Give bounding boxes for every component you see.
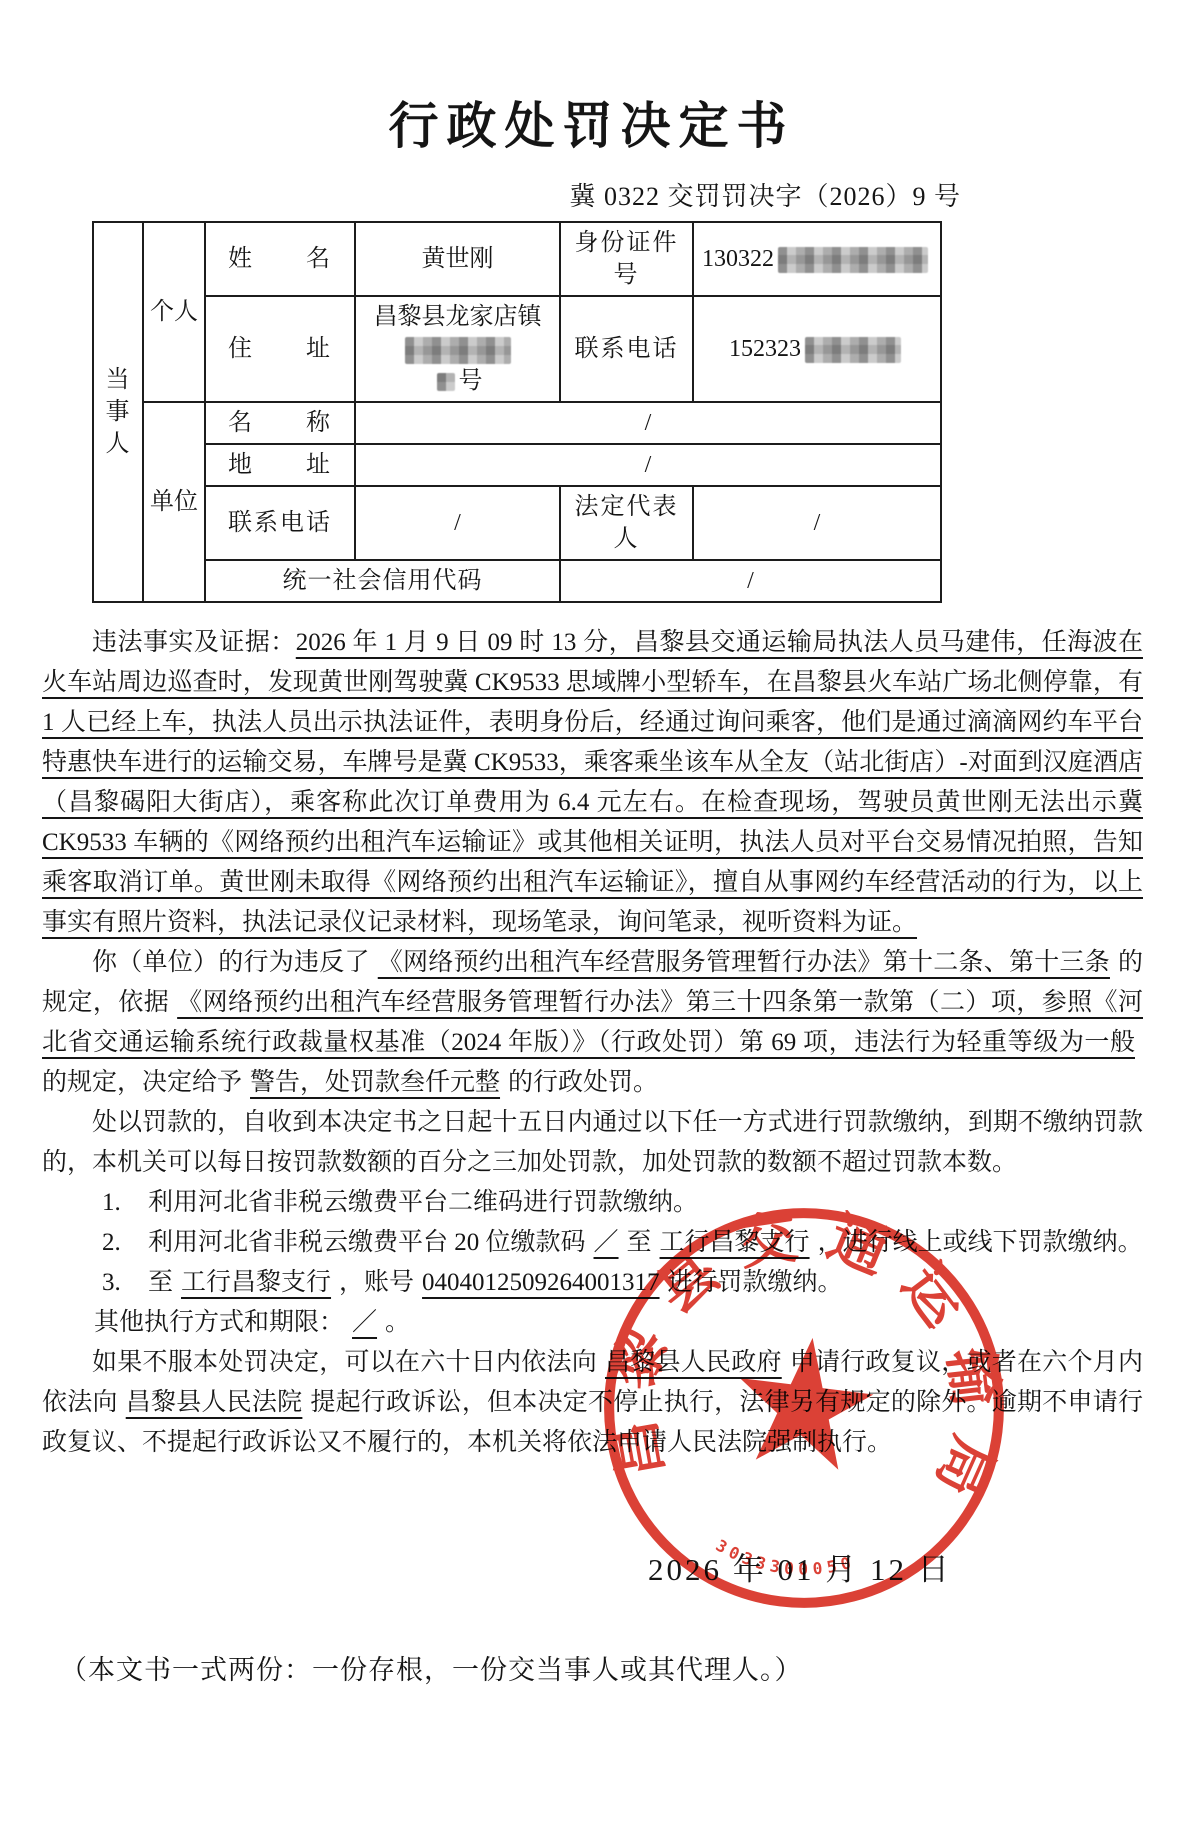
payment-option-2-end: ，进行线上或线下罚款缴纳。: [818, 1229, 1143, 1256]
payment-option-2: 2.利用河北省非税云缴费平台 20 位缴款码／至工行昌黎支行，进行线上或线下罚款…: [42, 1223, 1143, 1263]
decision-date: 2026 年 01 月 12 日: [648, 1544, 952, 1589]
name-label-cell: 姓 名: [205, 222, 355, 296]
law-end: 的行政处罚。: [508, 1069, 658, 1096]
court-name: 昌黎县人民法院: [126, 1389, 303, 1416]
document-body: 违法事实及证据：2026 年 1 月 9 日 09 时 13 分，昌黎县交通运输…: [42, 623, 1143, 1463]
payment-option-2-pre: 利用河北省非税云缴费平台 20 位缴款码: [148, 1229, 586, 1256]
unit-address-value-cell: /: [355, 444, 941, 486]
law-pre: 你（单位）的行为违反了: [92, 949, 370, 976]
legal-rep-label-cell: 法定代表人: [560, 486, 693, 560]
payment-option-1: 1.利用河北省非税云缴费平台二维码进行罚款缴纳。: [42, 1183, 1143, 1223]
bank-name: 工行昌黎支行: [660, 1229, 810, 1256]
bank-account-number: 0404012509264001317: [422, 1269, 660, 1296]
redaction-mosaic: [805, 337, 901, 363]
payment-option-3-pre: 至: [148, 1269, 173, 1296]
person-group-cell: 个人: [143, 222, 205, 402]
table-row: 住 址 昌黎县龙家店镇 号 联系电话 152323: [93, 296, 941, 402]
unit-name-label-cell: 名 称: [205, 402, 355, 444]
copies-note: （本文书一式两份：一份存根，一份交当事人或其代理人。）: [60, 1648, 803, 1687]
table-row: 地 址 /: [93, 444, 941, 486]
other-method-blank: ／: [352, 1309, 377, 1336]
other-method-end: 。: [385, 1309, 410, 1336]
phone-value-visible: 152323: [729, 336, 801, 362]
credit-code-label-cell: 统一社会信用代码: [205, 560, 560, 602]
document-title: 行政处罚决定书: [0, 0, 1183, 158]
law-cited-rule-2: 《网络预约出租汽车经营服务管理暂行办法》第三十四条第一款第（二）项，参照《河北省…: [42, 989, 1143, 1056]
redaction-mosaic: [437, 373, 455, 391]
payment-option-3-end: 进行罚款缴纳。: [668, 1269, 843, 1296]
id-value-visible: 130322: [702, 246, 774, 272]
credit-code-value-cell: /: [560, 560, 941, 602]
law-mid-2: 的规定，决定给予: [42, 1069, 242, 1096]
address-value-cell: 昌黎县龙家店镇 号: [355, 296, 560, 402]
list-number: 2.: [102, 1223, 148, 1263]
appeal-pre: 如果不服本处罚决定，可以在六十日内依法向: [92, 1349, 597, 1376]
id-label-cell: 身份证件号: [560, 222, 693, 296]
payment-intro-paragraph: 处以罚款的，自收到本决定书之日起十五日内通过以下任一方式进行罚款缴纳，到期不缴纳…: [42, 1103, 1143, 1183]
party-info-table: 当事人 个人 姓 名 黄世刚 身份证件号 130322 住 址 昌黎县龙家店镇 …: [92, 221, 942, 603]
id-value-cell: 130322: [693, 222, 941, 296]
facts-paragraph: 违法事实及证据：2026 年 1 月 9 日 09 时 13 分，昌黎县交通运输…: [42, 623, 1143, 943]
penalty-decision-document: 行政处罚决定书 冀 0322 交罚罚决字（2026）9 号 当事人 个人 姓 名…: [0, 0, 1183, 1848]
penalty-decision: 警告，处罚款叁仟元整: [250, 1069, 500, 1096]
payment-option-2-mid: 至: [627, 1229, 652, 1256]
name-value-cell: 黄世刚: [355, 222, 560, 296]
table-row: 单位 名 称 /: [93, 402, 941, 444]
list-number: 1.: [102, 1183, 148, 1223]
payment-option-3-mid: ，账号: [339, 1269, 414, 1296]
facts-filled-text: 2026 年 1 月 9 日 09 时 13 分，昌黎县交通运输局执法人员马建伟…: [42, 629, 1143, 936]
facts-label: 违法事实及证据：: [92, 629, 296, 656]
law-paragraph: 你（单位）的行为违反了《网络预约出租汽车经营服务管理暂行办法》第十二条、第十三条…: [42, 943, 1143, 1103]
unit-address-label-cell: 地 址: [205, 444, 355, 486]
phone-label-cell: 联系电话: [560, 296, 693, 402]
appeal-paragraph: 如果不服本处罚决定，可以在六十日内依法向昌黎县人民政府申请行政复议，或者在六个月…: [42, 1343, 1143, 1463]
law-cited-rule-1: 《网络预约出租汽车经营服务管理暂行办法》第十二条、第十三条: [378, 949, 1110, 976]
unit-group-cell: 单位: [143, 402, 205, 602]
party-label-cell: 当事人: [93, 222, 143, 602]
phone-value-cell: 152323: [693, 296, 941, 402]
legal-rep-value-cell: /: [693, 486, 941, 560]
table-row: 联系电话 / 法定代表人 /: [93, 486, 941, 560]
payment-code-blank: ／: [594, 1229, 619, 1256]
payment-option-1-text: 利用河北省非税云缴费平台二维码进行罚款缴纳。: [148, 1189, 698, 1216]
other-method-line: 其他执行方式和期限：／。: [42, 1303, 1143, 1343]
document-number: 冀 0322 交罚罚决字（2026）9 号: [0, 176, 1183, 213]
redaction-mosaic: [778, 247, 928, 273]
unit-phone-label-cell: 联系电话: [205, 486, 355, 560]
review-authority: 昌黎县人民政府: [605, 1349, 782, 1376]
unit-name-value-cell: /: [355, 402, 941, 444]
table-row: 统一社会信用代码 /: [93, 560, 941, 602]
address-label-cell: 住 址: [205, 296, 355, 402]
payment-option-3: 3.至工行昌黎支行，账号0404012509264001317进行罚款缴纳。: [42, 1263, 1143, 1303]
table-row: 当事人 个人 姓 名 黄世刚 身份证件号 130322: [93, 222, 941, 296]
bank-name: 工行昌黎支行: [181, 1269, 331, 1296]
address-line1: 昌黎县龙家店镇: [374, 304, 542, 330]
address-line2: 号: [459, 368, 483, 394]
other-method-label: 其他执行方式和期限：: [94, 1309, 344, 1336]
list-number: 3.: [102, 1263, 148, 1303]
redaction-mosaic: [405, 337, 511, 364]
unit-phone-value-cell: /: [355, 486, 560, 560]
